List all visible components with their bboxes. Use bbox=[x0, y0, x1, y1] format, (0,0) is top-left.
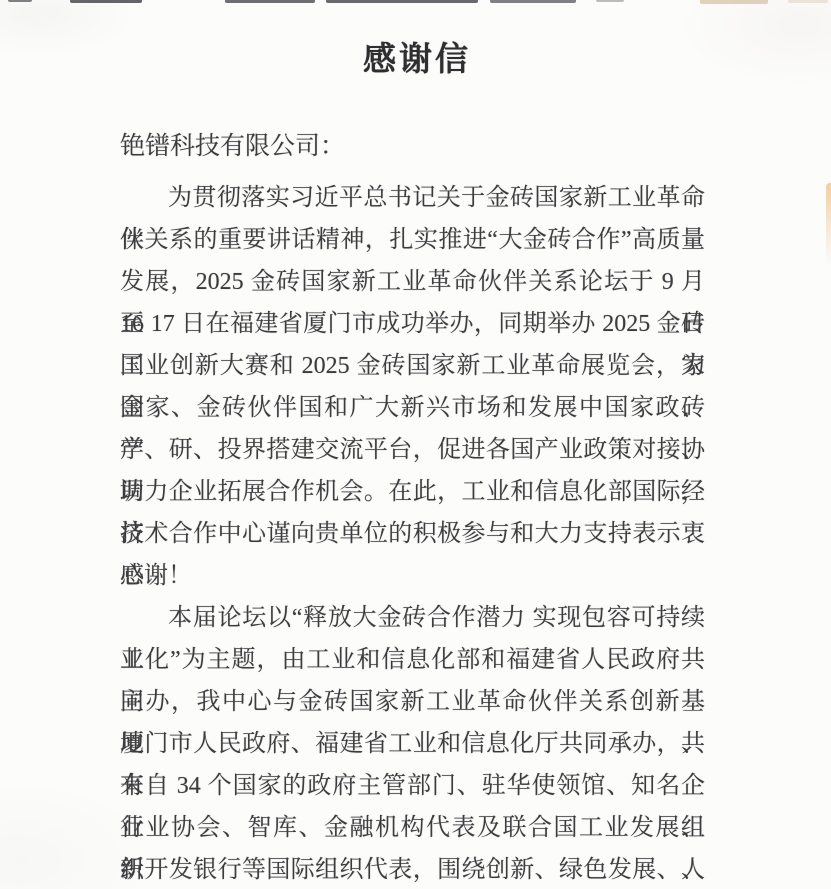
body-line: 厦门市人民政府、福建省工业和信息化厅共同承办，共有 bbox=[120, 723, 705, 765]
letter-page: 感谢信 铯镨科技有限公司： 为贯彻落实习近平总书记关于金砖国家新工业革命伙 伴关… bbox=[0, 0, 831, 889]
body-line: 感谢！ bbox=[120, 555, 705, 597]
body-line: 学、研、投界搭建交流平台，促进各国产业政策对接协调， bbox=[120, 429, 705, 471]
body-line: 来自 34 个国家的政府主管部门、驻华使领馆、知名企业、 bbox=[120, 765, 705, 807]
letter-title: 感谢信 bbox=[0, 33, 831, 80]
scan-artifact-segment bbox=[788, 0, 828, 3]
body-line: 发展，2025 金砖国家新工业革命伙伴关系论坛于 9 月 16 日 bbox=[120, 261, 705, 303]
body-line: 至 17 日在福建省厦门市成功举办，同期举办 2025 金砖国家 bbox=[120, 303, 705, 345]
body-line: 为贯彻落实习近平总书记关于金砖国家新工业革命伙 bbox=[120, 177, 705, 219]
body-line: 业化”为主题，由工业和信息化部和福建省人民政府共同 bbox=[120, 639, 705, 681]
body-line: 技术合作中心谨向贵单位的积极参与和大力支持表示衷心 bbox=[120, 513, 705, 555]
body-line: 工业创新大赛和 2025 金砖国家新工业革命展览会，为金砖 bbox=[120, 345, 705, 387]
scan-artifact-segment bbox=[326, 0, 478, 3]
body-line: 行业协会、智库、金融机构代表及联合国工业发展组织、 bbox=[120, 807, 705, 849]
body-line: 助力企业拓展合作机会。在此，工业和信息化部国际经济 bbox=[120, 471, 705, 513]
scan-artifact-segment bbox=[700, 0, 768, 4]
scan-artifact-top-edge bbox=[0, 0, 831, 6]
scan-artifact-segment bbox=[8, 0, 32, 2]
body-line: 本届论坛以“释放大金砖合作潜力 实现包容可持续工 bbox=[120, 597, 705, 639]
body-line: 国家、金砖伙伴国和广大新兴市场和发展中国家政、产、 bbox=[120, 387, 705, 429]
scan-artifact-segment bbox=[225, 0, 315, 3]
scan-artifact-segment bbox=[70, 0, 142, 3]
salutation: 铯镨科技有限公司： bbox=[120, 126, 345, 168]
body-line: 主办，我中心与金砖国家新工业革命伙伴关系创新基地、 bbox=[120, 681, 705, 723]
body-line: 伴关系的重要讲话精神，扎实推进“大金砖合作”高质量 bbox=[120, 219, 705, 261]
scan-artifact-segment bbox=[596, 0, 624, 2]
scan-artifact-segment bbox=[490, 0, 576, 3]
scan-artifact-smudge bbox=[826, 183, 831, 267]
letter-body: 为贯彻落实习近平总书记关于金砖国家新工业革命伙 伴关系的重要讲话精神，扎实推进“… bbox=[120, 177, 705, 889]
body-line: 新开发银行等国际组织代表，围绕创新、绿色发展、人工 bbox=[120, 849, 705, 889]
